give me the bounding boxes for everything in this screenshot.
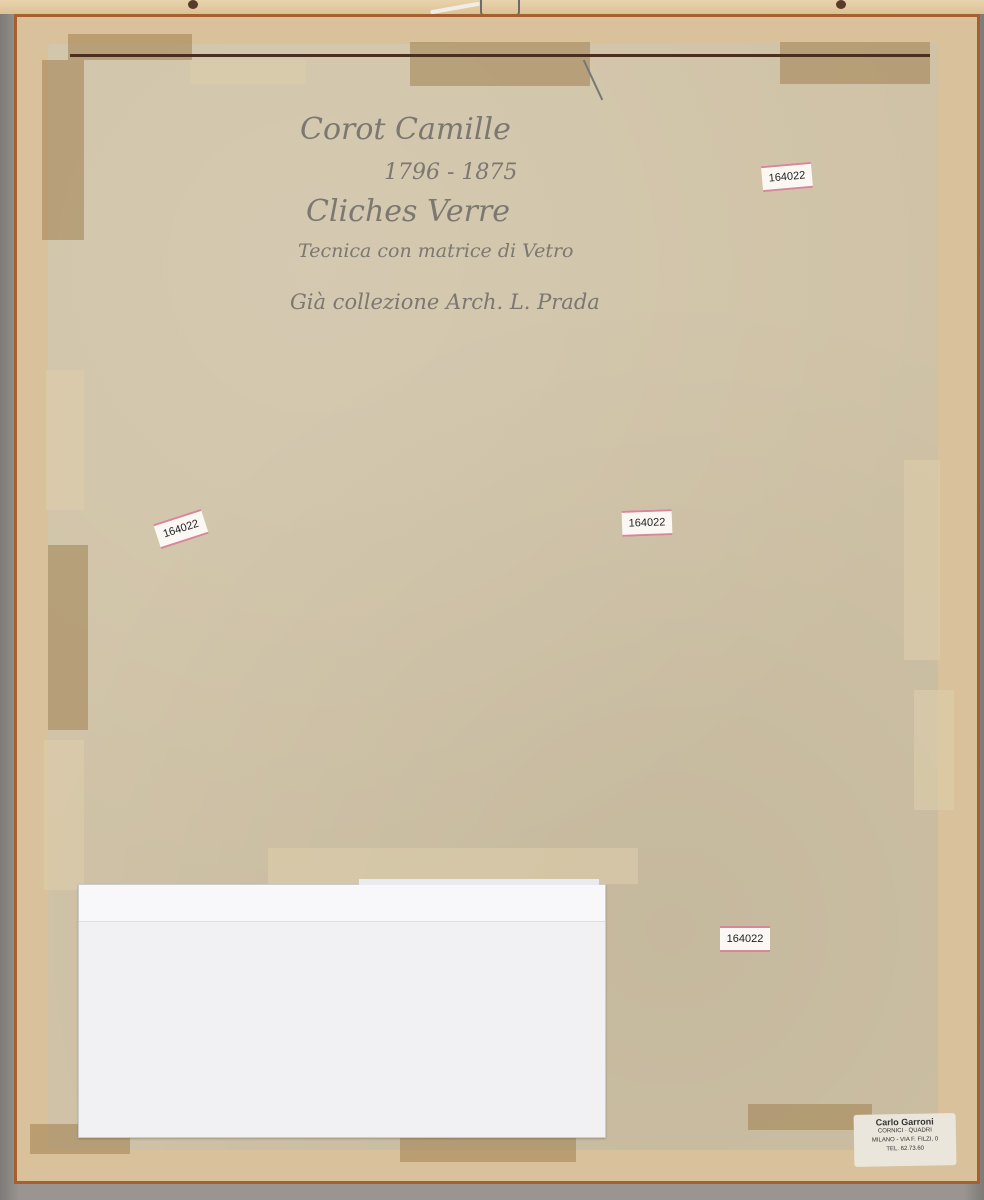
tape-strip <box>44 740 84 890</box>
inscription-technique-title: Cliches Verre <box>306 194 510 229</box>
tape-strip <box>904 460 940 660</box>
inscription-artist: Corot Camille <box>300 112 511 147</box>
inscription-dates: 1796 - 1875 <box>384 160 517 185</box>
envelope-flap <box>79 885 605 922</box>
tape-strip <box>42 60 84 240</box>
framer-label: Carlo Garroni CORNICI · QUADRI MILANO - … <box>854 1113 957 1167</box>
inventory-sticker: 164022 <box>720 926 770 952</box>
tape-strip <box>400 1136 576 1162</box>
inventory-sticker: 164022 <box>761 162 813 192</box>
attached-envelope[interactable] <box>78 884 606 1138</box>
tape-strip <box>914 690 954 810</box>
tape-strip <box>190 60 306 84</box>
tape-strip <box>780 42 930 84</box>
inscription-technique: Tecnica con matrice di Vetro <box>298 240 573 262</box>
inventory-sticker: 164022 <box>622 509 673 537</box>
screw-icon <box>188 0 198 9</box>
tape-strip <box>46 370 84 510</box>
screw-icon <box>836 0 846 9</box>
board-crack <box>70 54 930 57</box>
tape-strip <box>410 42 590 86</box>
framer-phone: TEL. 62.73.60 <box>858 1144 952 1155</box>
tape-strip <box>48 545 88 730</box>
inscription-provenance: Già collezione Arch. L. Prada <box>290 290 600 314</box>
